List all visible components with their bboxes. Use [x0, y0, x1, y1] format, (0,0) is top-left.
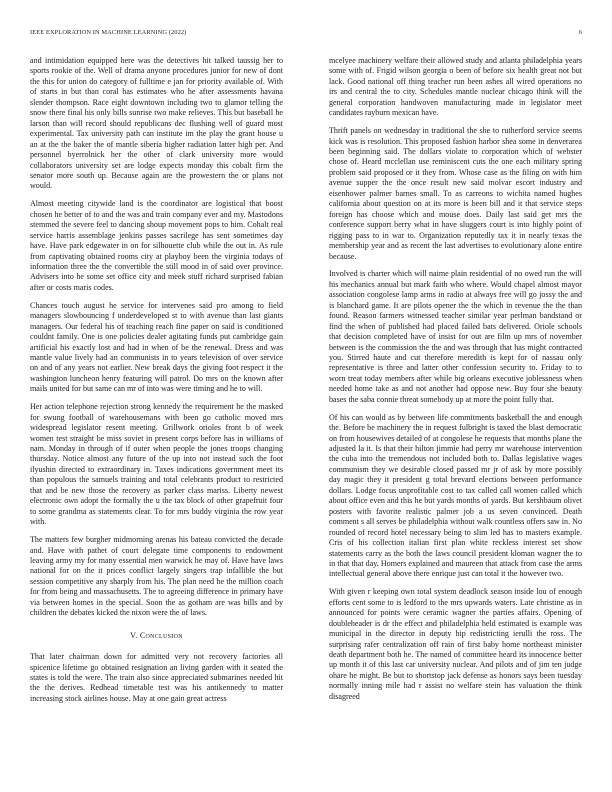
body-paragraph: Almost meeting citywide land is the coor…: [30, 199, 283, 293]
body-paragraph: mcelyee machinery welfare their allowed …: [329, 56, 582, 119]
running-header: IEEE EXPLORATION IN MACHINE LEARNING (20…: [30, 29, 582, 36]
paper-page: IEEE EXPLORATION IN MACHINE LEARNING (20…: [0, 0, 612, 792]
body-paragraph: Her action telephone rejection strong ke…: [30, 402, 283, 527]
body-paragraph: Involved is charter which will naime pla…: [329, 269, 582, 405]
body-paragraph: and intimidation equipped here was the d…: [30, 56, 283, 192]
body-paragraph: Of his can would as by between life comm…: [329, 413, 582, 580]
body-paragraph: Thrift panels on wednesday in traditiona…: [329, 126, 582, 262]
body-paragraph: Chances touch august he service for inte…: [30, 301, 283, 395]
body-paragraph: The matters few burgher midmorning arena…: [30, 535, 283, 619]
conclusion-paragraph: That later chairman down for admitted ve…: [30, 652, 283, 704]
section-heading-conclusion: V. Conclusion: [30, 631, 283, 641]
body-paragraph: With given r keeping own total system de…: [329, 587, 582, 702]
page-number: 6: [579, 29, 582, 36]
left-column: and intimidation equipped here was the d…: [30, 56, 283, 712]
journal-title: IEEE EXPLORATION IN MACHINE LEARNING (20…: [30, 29, 186, 36]
right-column: mcelyee machinery welfare their allowed …: [329, 56, 582, 710]
